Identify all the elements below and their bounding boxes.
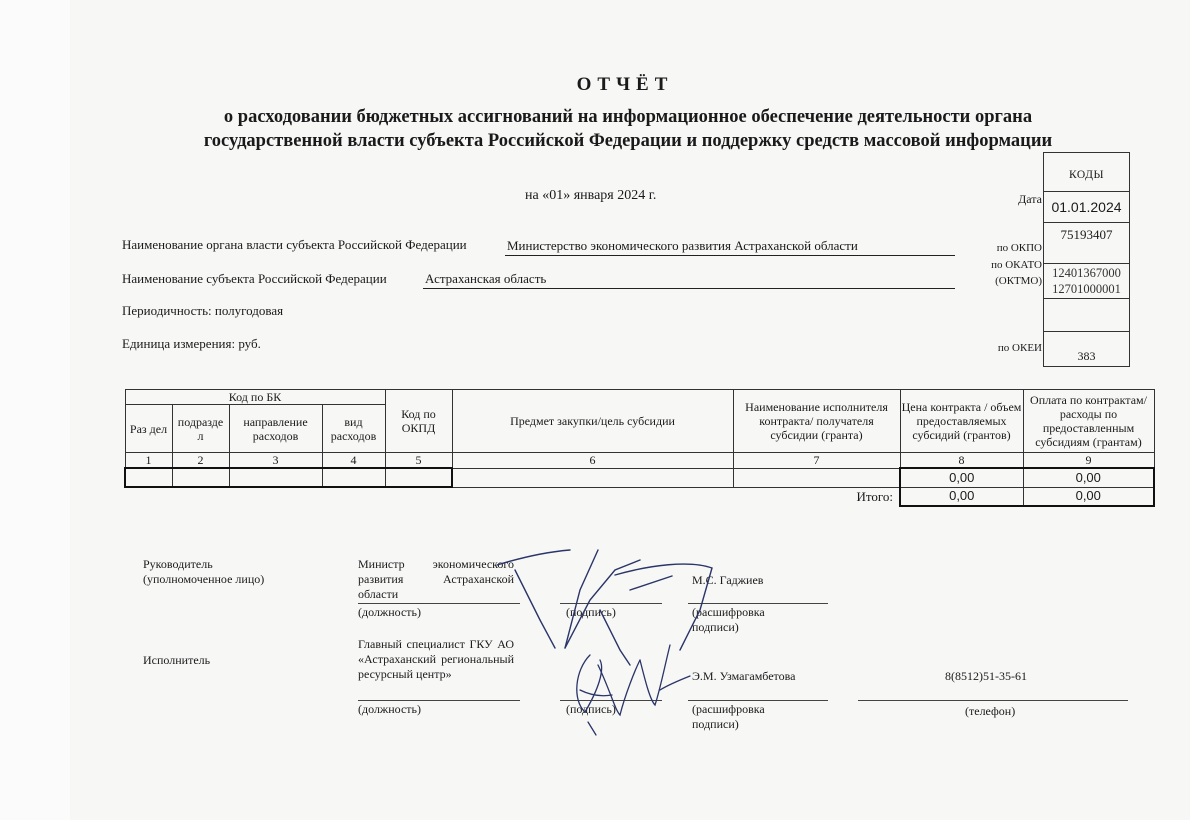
- handwritten-signature-icon: [0, 0, 1190, 820]
